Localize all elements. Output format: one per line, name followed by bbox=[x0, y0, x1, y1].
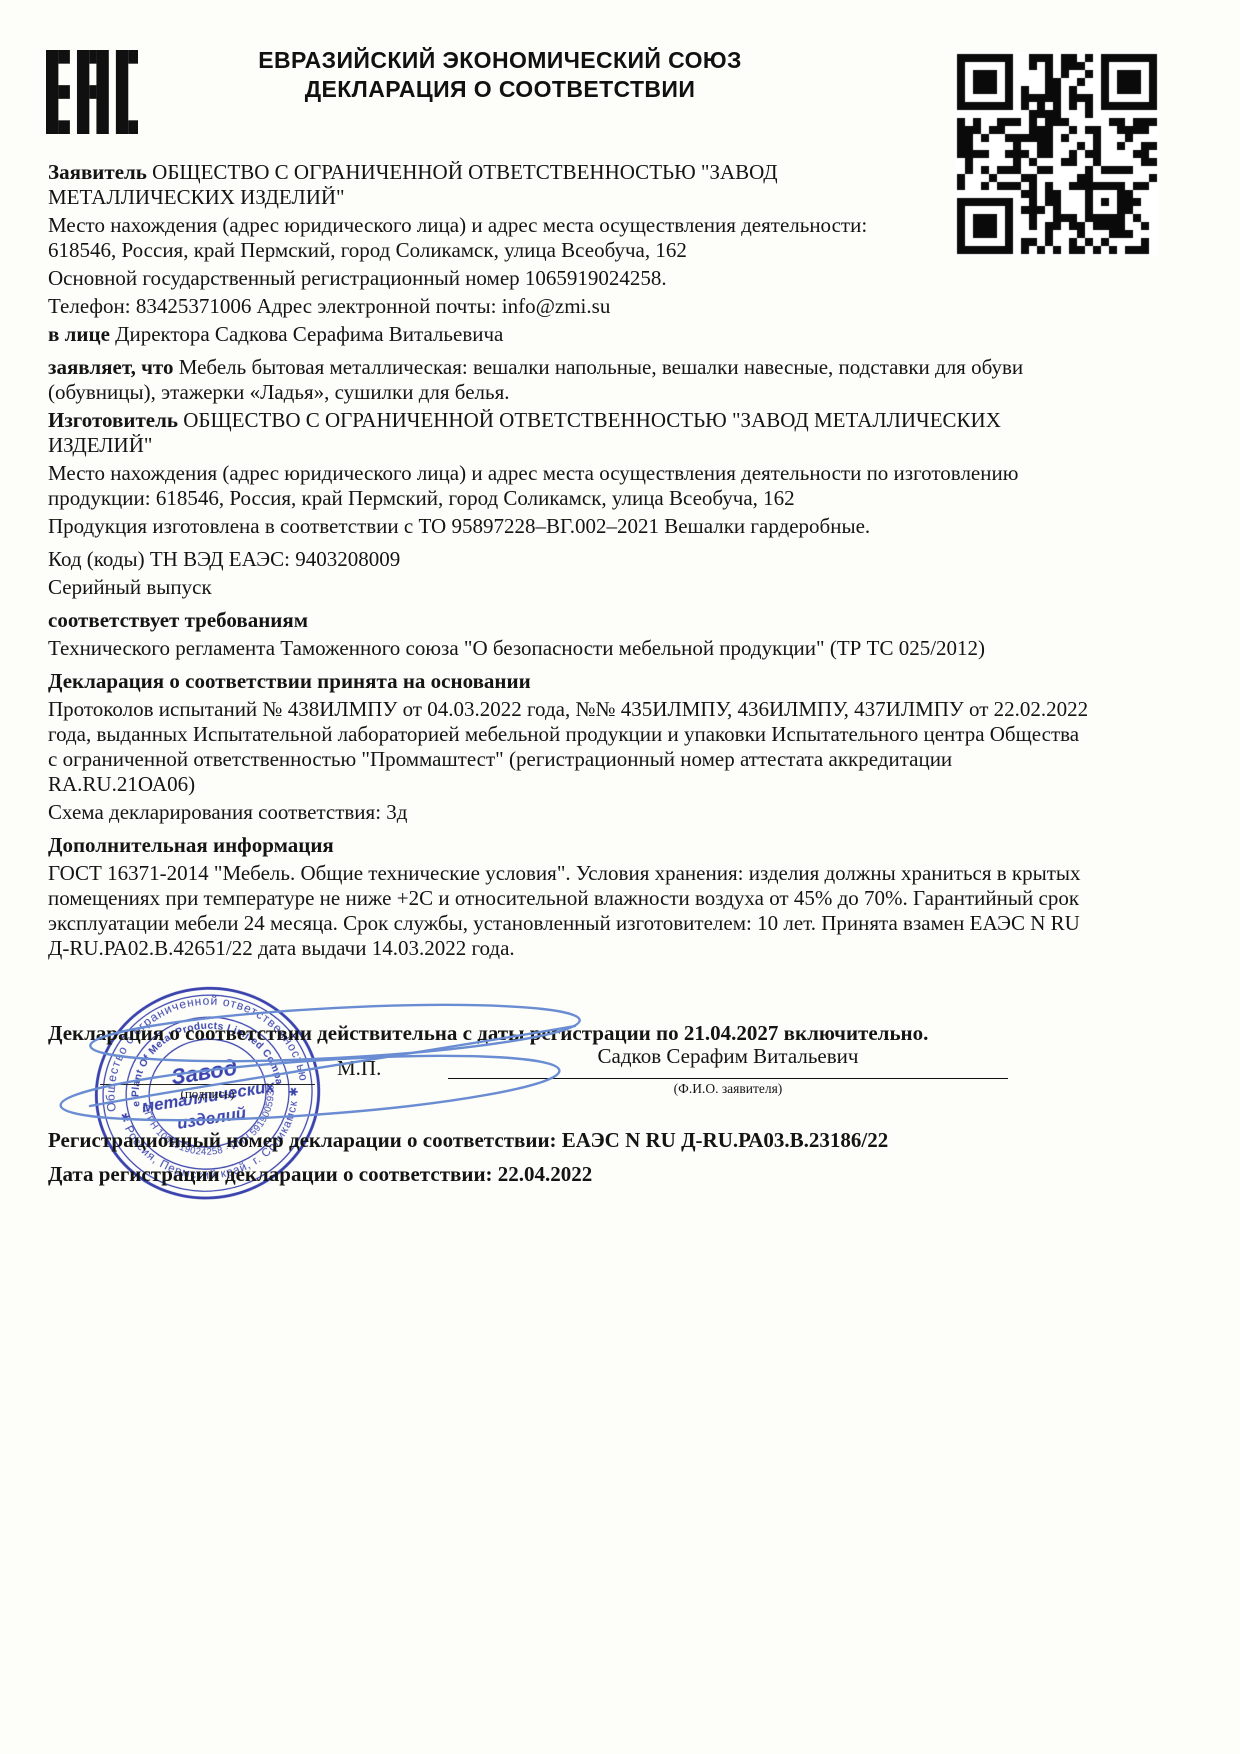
paragraph-to-standard: Продукция изготовлена в соответствии с Т… bbox=[48, 514, 1093, 539]
paragraph-serial: Серийный выпуск bbox=[48, 575, 1093, 600]
paragraph-gost-conditions: ГОСТ 16371-2014 "Мебель. Общие техническ… bbox=[48, 861, 1093, 961]
heading-basis: Декларация о соответствии принята на осн… bbox=[48, 669, 1093, 694]
title-line-1: ЕВРАЗИЙСКИЙ ЭКОНОМИЧЕСКИЙ СОЮЗ bbox=[150, 46, 850, 75]
paragraph-declares: заявляет, что Мебель бытовая металлическ… bbox=[48, 355, 1093, 405]
paragraph-director: в лице Директора Садкова Серафима Виталь… bbox=[48, 322, 910, 347]
paragraph-regulation: Технического регламента Таможенного союз… bbox=[48, 636, 1093, 661]
paragraph-ogrn: Основной государственный регистрационный… bbox=[48, 266, 910, 291]
document-title: ЕВРАЗИЙСКИЙ ЭКОНОМИЧЕСКИЙ СОЮЗ ДЕКЛАРАЦИ… bbox=[150, 46, 850, 104]
eac-logo-icon bbox=[46, 50, 138, 134]
registration-date-line: Дата регистрации декларации о соответств… bbox=[48, 1162, 592, 1187]
applicant-block: Заявитель ОБЩЕСТВО С ОГРАНИЧЕННОЙ ОТВЕТС… bbox=[48, 160, 910, 347]
paragraph-manufacturer: Изготовитель ОБЩЕСТВО С ОГРАНИЧЕННОЙ ОТВ… bbox=[48, 408, 1093, 458]
heading-additional-info: Дополнительная информация bbox=[48, 833, 1093, 858]
heading-complies: соответствует требованиям bbox=[48, 608, 1093, 633]
paragraph-applicant: Заявитель ОБЩЕСТВО С ОГРАНИЧЕННОЙ ОТВЕТС… bbox=[48, 160, 910, 210]
document-body: Заявитель ОБЩЕСТВО С ОГРАНИЧЕННОЙ ОТВЕТС… bbox=[48, 160, 1093, 964]
paragraph-tnved-code: Код (коды) ТН ВЭД ЕАЭС: 9403208009 bbox=[48, 547, 1093, 572]
paragraph-applicant-address: Место нахождения (адрес юридического лиц… bbox=[48, 213, 910, 263]
paragraph-manufacturer-address: Место нахождения (адрес юридического лиц… bbox=[48, 461, 1093, 511]
title-line-2: ДЕКЛАРАЦИЯ О СООТВЕТСТВИИ bbox=[150, 75, 850, 104]
paragraph-phone-email: Телефон: 83425371006 Адрес электронной п… bbox=[48, 294, 910, 319]
handwritten-signature bbox=[30, 988, 600, 1138]
paragraph-protocols: Протоколов испытаний № 438ИЛМПУ от 04.03… bbox=[48, 697, 1093, 797]
declaration-document: ЕВРАЗИЙСКИЙ ЭКОНОМИЧЕСКИЙ СОЮЗ ДЕКЛАРАЦИ… bbox=[0, 0, 1240, 1754]
paragraph-scheme: Схема декларирования соответствия: 3д bbox=[48, 800, 1093, 825]
